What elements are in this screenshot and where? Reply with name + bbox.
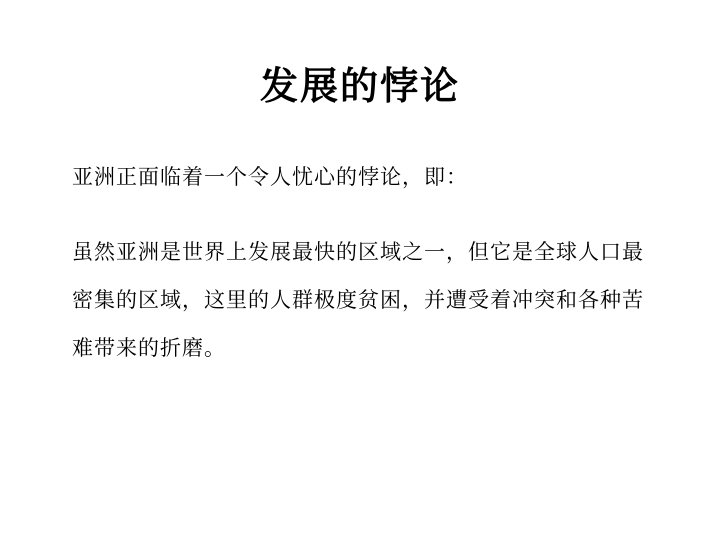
body-line: 密集的区域，这里的人群极度贫困，并遭受着冲突和各种苦 [72,276,692,324]
body-line: 虽然亚洲是世界上发展最快的区域之一，但它是全球人口最 [72,228,692,276]
body-line: 难带来的折磨。 [72,324,692,372]
body-paragraph: 虽然亚洲是世界上发展最快的区域之一，但它是全球人口最 密集的区域，这里的人群极度… [72,228,692,372]
slide-title: 发展的悖论 [0,64,720,110]
slide-canvas: 发展的悖论 亚洲正面临着一个令人忧心的悖论，即： 虽然亚洲是世界上发展最快的区域… [0,0,720,540]
intro-text: 亚洲正面临着一个令人忧心的悖论，即： [72,163,672,191]
